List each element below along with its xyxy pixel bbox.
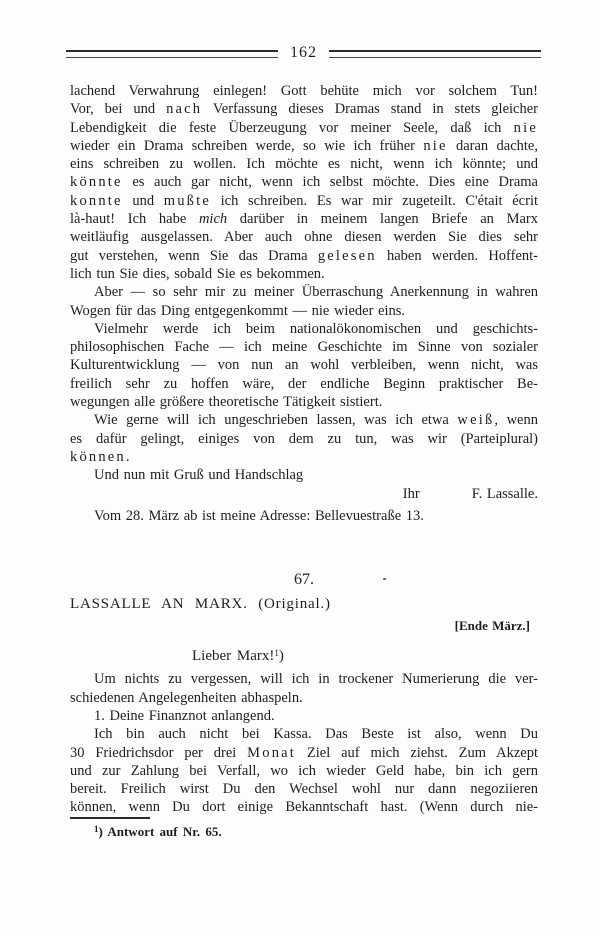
signature-ihr: Ihr: [403, 485, 420, 503]
postscript-line: Vom 28. März ab ist meine Adresse: Belle…: [70, 507, 538, 525]
text-segment: lachend Verwahrung einlegen! Gott behüte…: [70, 83, 538, 99]
text-segment: Vielmehr werde ich beim nationalökonomis…: [94, 321, 538, 337]
text-segment: Ziel auf mich ziehst. Zum Akzept: [296, 745, 538, 761]
text-line: weitläufig ausgelassen. Aber auch ohne d…: [70, 228, 538, 246]
text-line: Aber — so sehr mir zu meiner Überraschun…: [70, 283, 538, 301]
text-segment: nie: [514, 120, 538, 136]
text-segment: wegungen alle größere theoretische Tätig…: [70, 394, 382, 410]
text-segment: ) Antwort auf Nr. 65.: [99, 824, 222, 839]
text-segment: schiedenen Angelegenheiten abhaspeln.: [70, 690, 303, 706]
text-segment: philosophischen Fache — ich meine Geschi…: [70, 339, 538, 355]
text-segment: wieder ein Drama schreiben werde, so wie…: [70, 138, 423, 154]
text-line: Vielmehr werde ich beim nationalökonomis…: [70, 320, 538, 338]
text-line: gut verstehen, wenn Sie das Drama gelese…: [70, 247, 538, 265]
letter-heading: LASSALLE AN MARX. (Original.): [70, 595, 538, 613]
text-line: Kulturentwicklung — von nun an wohl verb…: [70, 356, 538, 374]
text-line: Wie gerne will ich ungeschrieben lassen,…: [70, 411, 538, 429]
text-line: eins schreiben zu wollen. Ich möchte es …: [70, 155, 538, 173]
text-line: könnte es auch gar nicht, wenn ich selbs…: [70, 173, 538, 191]
text-segment: mußte: [164, 193, 211, 209]
text-segment: Lieber Marx!: [192, 648, 274, 664]
text-segment: es auch gar nicht, wenn ich selbst möcht…: [123, 174, 538, 190]
text-line: lich tun Sie dies, sobald Sie es bekomme…: [70, 265, 538, 283]
text-segment: Lebendigkeit die feste Überzeugung vor m…: [70, 120, 514, 136]
text-line: Um nichts zu vergessen, will ich in troc…: [70, 670, 538, 688]
text-segment: gelesen: [318, 248, 377, 264]
text-line: Lebendigkeit die feste Überzeugung vor m…: [70, 119, 538, 137]
text-segment: Verfassung dieses Dramas stand in stets …: [202, 101, 538, 117]
text-segment: können: [70, 449, 126, 465]
text-segment: mich: [199, 211, 227, 227]
text-line: là-haut! Ich habe mich darüber in meinem…: [70, 210, 538, 228]
text-line: können, wenn Du dort einige Bekanntschaf…: [70, 798, 538, 816]
footnote: 1) Antwort auf Nr. 65.: [70, 817, 538, 840]
text-segment: haben werden. Hoffent-: [377, 248, 538, 264]
header-rule-left: [66, 50, 278, 58]
letter-end-paragraphs: lachend Verwahrung einlegen! Gott behüte…: [70, 82, 538, 485]
text-line: Und nun mit Gruß und Handschlag: [70, 466, 538, 484]
text-segment: eins schreiben zu wollen. Ich möchte es …: [70, 156, 538, 172]
text-line: konnte und mußte ich schreiben. Es war m…: [70, 192, 538, 210]
text-segment: ): [279, 648, 284, 664]
text-line: 30 Friedrichsdor per drei Monat Ziel auf…: [70, 744, 538, 762]
text-line: lachend Verwahrung einlegen! Gott behüte…: [70, 82, 538, 100]
salutation: Lieber Marx!1): [192, 644, 538, 665]
text-segment: Kulturentwicklung — von nun an wohl verb…: [70, 357, 538, 373]
text-segment: Vor, bei und: [70, 101, 166, 117]
text-line: können.: [70, 448, 538, 466]
text-segment: , wenn: [494, 412, 538, 428]
text-line: es dafür gelingt, einiges von dem zu tun…: [70, 430, 538, 448]
text-line: wieder ein Drama schreiben werde, so wie…: [70, 137, 538, 155]
text-segment: freilich sehr zu hoffen wäre, der endlic…: [70, 376, 538, 392]
text-segment: Und nun mit Gruß und Handschlag: [94, 467, 303, 483]
text-block: lachend Verwahrung einlegen! Gott behüte…: [70, 82, 538, 817]
text-line: Ich bin auch nicht bei Kassa. Das Beste …: [70, 725, 538, 743]
text-segment: weitläufig ausgelassen. Aber auch ohne d…: [70, 229, 538, 245]
text-segment: weiß: [457, 412, 494, 428]
text-segment: bereit. Freilich wirst Du den Wechsel wo…: [70, 781, 538, 797]
text-segment: könnte: [70, 174, 123, 190]
text-line: Vor, bei und nach Verfassung dieses Dram…: [70, 100, 538, 118]
footnote-rule: [70, 817, 150, 819]
signature-row: Ihr F. Lassalle.: [70, 485, 538, 503]
text-segment: 1. Deine Finanznot anlangend.: [94, 708, 275, 724]
text-segment: nach: [166, 101, 202, 117]
page-header: 162: [66, 46, 541, 62]
text-segment: 30 Friedrichsdor per drei: [70, 745, 247, 761]
text-segment: es dafür gelingt, einiges von dem zu tun…: [70, 431, 538, 447]
text-line: 1. Deine Finanznot anlangend.: [70, 707, 538, 725]
text-segment: Ich bin auch nicht bei Kassa. Das Beste …: [94, 726, 538, 742]
text-segment: und zur Zahlung bei Verfall, wo ich wied…: [70, 763, 538, 779]
letter-number: 67.: [70, 571, 538, 589]
text-line: und zur Zahlung bei Verfall, wo ich wied…: [70, 762, 538, 780]
text-segment: lich tun Sie dies, sobald Sie es bekomme…: [70, 266, 325, 282]
text-line: wegungen alle größere theoretische Tätig…: [70, 393, 538, 411]
text-line: bereit. Freilich wirst Du den Wechsel wo…: [70, 780, 538, 798]
footnote-text: 1) Antwort auf Nr. 65.: [70, 824, 538, 840]
text-line: freilich sehr zu hoffen wäre, der endlic…: [70, 375, 538, 393]
text-segment: ich schreiben. Es war mir zugeteilt. C'é…: [211, 193, 538, 209]
text-line: schiedenen Angelegenheiten abhaspeln.: [70, 689, 538, 707]
text-segment: daran dachte,: [448, 138, 538, 154]
text-segment: darüber in meinem langen Briefe an Marx: [227, 211, 538, 227]
text-segment: und: [123, 193, 164, 209]
text-segment: .: [126, 449, 130, 465]
text-segment: gut verstehen, wenn Sie das Drama: [70, 248, 318, 264]
text-segment: Wogen für das Ding entgegenkommt — nie w…: [70, 303, 405, 319]
text-segment: Um nichts zu vergessen, will ich in troc…: [94, 671, 538, 687]
text-segment: là-haut! Ich habe: [70, 211, 199, 227]
book-page: 162 lachend Verwahrung einlegen! Gott be…: [0, 0, 600, 938]
text-segment: Wie gerne will ich ungeschrieben lassen,…: [94, 412, 457, 428]
text-segment: nie: [423, 138, 447, 154]
text-segment: Monat: [247, 745, 296, 761]
print-speck: [383, 578, 386, 580]
page-number: 162: [278, 45, 329, 61]
text-segment: Aber — so sehr mir zu meiner Überraschun…: [94, 284, 538, 300]
signature-name: F. Lassalle.: [472, 485, 538, 503]
date-note: [Ende März.]: [70, 617, 538, 635]
text-line: philosophischen Fache — ich meine Geschi…: [70, 338, 538, 356]
letter-67-paragraphs: Um nichts zu vergessen, will ich in troc…: [70, 670, 538, 816]
text-segment: können, wenn Du dort einige Bekanntschaf…: [70, 799, 538, 815]
header-rule-right: [329, 50, 541, 58]
text-segment: konnte: [70, 193, 123, 209]
text-line: Wogen für das Ding entgegenkommt — nie w…: [70, 302, 538, 320]
